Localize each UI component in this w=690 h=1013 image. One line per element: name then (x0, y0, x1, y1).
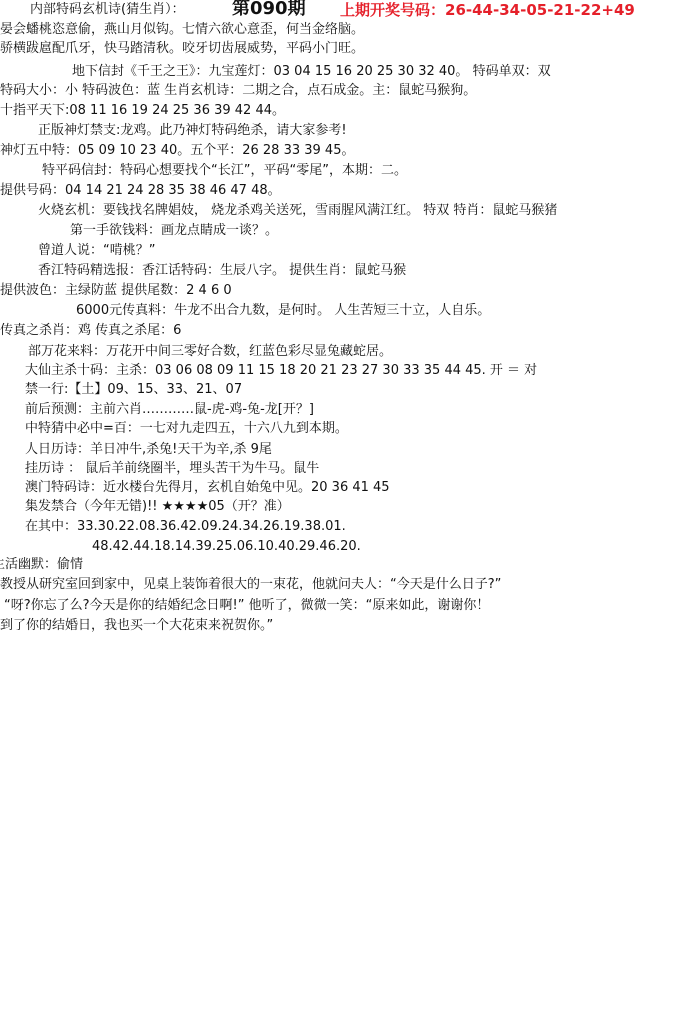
lamp-forbidden-line: 正版神灯禁支:龙鸡。此乃神灯特码绝杀，请大家参考! (38, 121, 347, 140)
guess-line: 中特猜中必中=百：一七对九走四五，十六八九到本期。 (25, 419, 348, 438)
wall-calendar-line: 挂历诗 ： 鼠后羊前绕圈半，埋头苦干为牛马。鼠牛 (25, 459, 319, 478)
poem-line-1: 晏会蟠桃恣意偷，燕山月似钩。七情六欲心意歪，何当金络脑。 (0, 20, 364, 39)
provided-numbers-line: 提供号码：04 14 21 24 28 35 38 46 47 48。 (0, 181, 281, 200)
last-draw-numbers: 26-44-34-05-21-22+49 (445, 1, 635, 19)
underground-envelope: 地下信封《千王之王》：九宝莲灯：03 04 15 16 20 25 30 32 … (72, 62, 551, 81)
ten-fingers-line: 十指平天下:08 11 16 19 24 25 36 39 42 44。 (0, 101, 285, 120)
last-draw-label: 上期开奖号码： (340, 1, 445, 19)
humor-line-1: 教授从研究室回到家中，见桌上装饰着很大的一束花，他就问夫人：“今天是什么日子?” (0, 575, 501, 594)
issue-number: 第090期 (232, 0, 306, 20)
poem-line-2: 骄横跋扈配爪牙，快马踏清秋。咬牙切齿展威势，平码小门旺。 (0, 39, 364, 58)
prediction-line: 前后预测：主前六肖…………鼠-虎-鸡-兔-龙[开？] (25, 400, 314, 419)
size-color-line: 特码大小：小 特码波色：蓝 生肖玄机诗：二期之合，点石成金。主：鼠蛇马猴狗。 (0, 81, 476, 100)
fax-material-line: 6000元传真料：牛龙不出合九数，是何时。 人生苦短三十立，人自乐。 (76, 301, 490, 320)
hongkong-report-line: 香江特码精选报：香江话特码：生辰八字。 提供生肖：鼠蛇马猴 (38, 261, 406, 280)
last-draw-result: 上期开奖号码：26-44-34-05-21-22+49 (340, 0, 635, 21)
among-them-line-2: 48.42.44.18.14.39.25.06.10.40.29.46.20. (92, 537, 361, 556)
humor-line-3: 到了你的结婚日，我也买一个大花束来祝贺你。” (0, 616, 273, 635)
immortal-kill-line: 大仙主杀十码：主杀：03 06 08 09 11 15 18 20 21 23 … (25, 361, 537, 380)
flower-material-line: 部万花来料：万花开中间三零好合数，红蓝色彩尽显兔藏蛇居。 (28, 342, 392, 361)
fire-mystery-line: 火烧玄机：要钱找名牌娼妓， 烧龙杀鸡关送死，雪雨腥风满江红。 特双 特肖：鼠蛇马… (38, 201, 557, 220)
taoist-says-line: 曾道人说：“啃桃？” (38, 241, 155, 260)
header-title: 内部特码玄机诗(猜生肖）： (30, 0, 185, 20)
humor-title: 生活幽默：偷情 (0, 555, 83, 574)
first-hand-line: 第一手欲钱料：画龙点睛成一谈？。 (70, 221, 278, 240)
wave-color-line: 提供波色：主绿防蓝 提供尾数：2 4 6 0 (0, 281, 232, 300)
forbidden-row-line: 禁一行:【土】09、15、33、21、07 (25, 380, 242, 399)
fax-kill-line: 传真之杀肖：鸡 传真之杀尾：6 (0, 321, 181, 340)
humor-line-2: “呀?你忘了么?今天是你的结婚纪念日啊!” 他听了，微微一笑：“原来如此，谢谢你… (4, 596, 489, 615)
calendar-poem-line: 人日历诗：羊日冲牛,杀兔!天干为辛,杀 9尾 (25, 440, 272, 459)
macau-poem-line: 澳门特码诗：近水楼台先得月，玄机自始兔中见。20 36 41 45 (25, 478, 390, 497)
collection-line: 集发禁合（今年无错)!! ★★★★05（开？准） (25, 497, 290, 516)
special-envelope-line: 特平码信封：特码心想要找个“长江”，平码“零尾”，本期：二。 (42, 161, 407, 180)
lamp-five-line: 神灯五中特：05 09 10 23 40。五个平：26 28 33 39 45。 (0, 141, 354, 160)
among-them-line: 在其中：33.30.22.08.36.42.09.24.34.26.19.38.… (25, 517, 346, 536)
